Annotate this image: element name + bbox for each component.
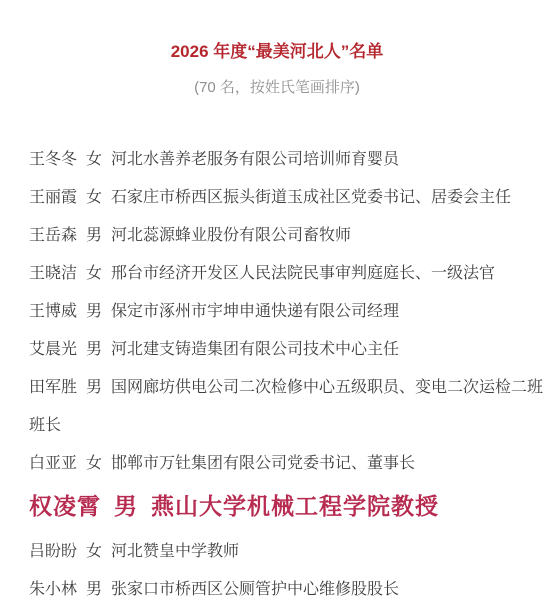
page-title: 2026 年度“最美河北人”名单 [29,42,548,62]
list-item: 王晓洁女邢台市经济开发区人民法院民事审判庭庭长、一级法官 [29,255,548,293]
honoree-gender: 女 [86,543,102,560]
honoree-name: 王丽霞 [29,189,77,206]
honoree-description: 邢台市经济开发区人民法院民事审判庭庭长、一级法官 [111,265,495,282]
document-page: 2026 年度“最美河北人”名单 (70 名，按姓氏笔画排序) 王冬冬女河北水善… [0,0,554,616]
honoree-gender: 女 [86,265,102,282]
honoree-gender: 男 [86,341,102,358]
honoree-description: 保定市涿州市宇坤申通快递有限公司经理 [111,303,399,320]
list-item: 王丽霞女石家庄市桥西区振头街道玉成社区党委书记、居委会主任 [29,179,548,217]
honoree-name: 朱小林 [29,581,77,598]
honoree-name: 王晓洁 [29,265,77,282]
honoree-description: 石家庄市桥西区振头街道玉成社区党委书记、居委会主任 [111,189,511,206]
list-item: 王冬冬女河北水善养老服务有限公司培训师育婴员 [29,141,548,179]
honoree-name: 田军胜 [29,379,77,396]
honoree-name: 艾晨光 [29,341,77,358]
list-item: 朱小林男张家口市桥西区公厕管护中心维修股股长 [29,571,548,609]
honoree-description: 邯郸市万钍集团有限公司党委书记、董事长 [111,455,415,472]
honoree-name: 王博威 [29,303,77,320]
honoree-description: 河北水善养老服务有限公司培训师育婴员 [111,151,399,168]
honoree-gender: 女 [86,151,102,168]
honoree-name: 吕盼盼 [29,543,77,560]
page-subtitle: (70 名，按姓氏笔画排序) [29,79,548,97]
honoree-gender: 男 [86,581,102,598]
honoree-name: 权凌霄 [29,493,101,519]
honoree-list: 王冬冬女河北水善养老服务有限公司培训师育婴员王丽霞女石家庄市桥西区振头街道玉成社… [29,141,548,609]
honoree-gender: 男 [86,379,102,396]
honoree-gender: 男 [114,493,138,519]
list-item: 权凌霄男燕山大学机械工程学院教授 [29,490,548,522]
honoree-name: 王岳森 [29,227,77,244]
honoree-description: 河北蕊源蜂业股份有限公司畜牧师 [111,227,351,244]
honoree-gender: 女 [86,455,102,472]
list-item: 白亚亚女邯郸市万钍集团有限公司党委书记、董事长 [29,445,548,483]
honoree-name: 白亚亚 [29,455,77,472]
honoree-description: 国网廊坊供电公司二次检修中心五级职员、变电二次运检二班班长 [29,379,543,434]
honoree-name: 王冬冬 [29,151,77,168]
honoree-gender: 男 [86,227,102,244]
list-item: 王博威男保定市涿州市宇坤申通快递有限公司经理 [29,293,548,331]
list-item: 艾晨光男河北建支铸造集团有限公司技术中心主任 [29,331,548,369]
list-item: 吕盼盼女河北赞皇中学教师 [29,533,548,571]
honoree-description: 河北建支铸造集团有限公司技术中心主任 [111,341,399,358]
honoree-gender: 男 [86,303,102,320]
honoree-description: 张家口市桥西区公厕管护中心维修股股长 [111,581,399,598]
honoree-description: 河北赞皇中学教师 [111,543,239,560]
list-item: 王岳森男河北蕊源蜂业股份有限公司畜牧师 [29,217,548,255]
honoree-description: 燕山大学机械工程学院教授 [151,493,439,519]
honoree-gender: 女 [86,189,102,206]
list-item: 田军胜男国网廊坊供电公司二次检修中心五级职员、变电二次运检二班班长 [29,369,548,445]
